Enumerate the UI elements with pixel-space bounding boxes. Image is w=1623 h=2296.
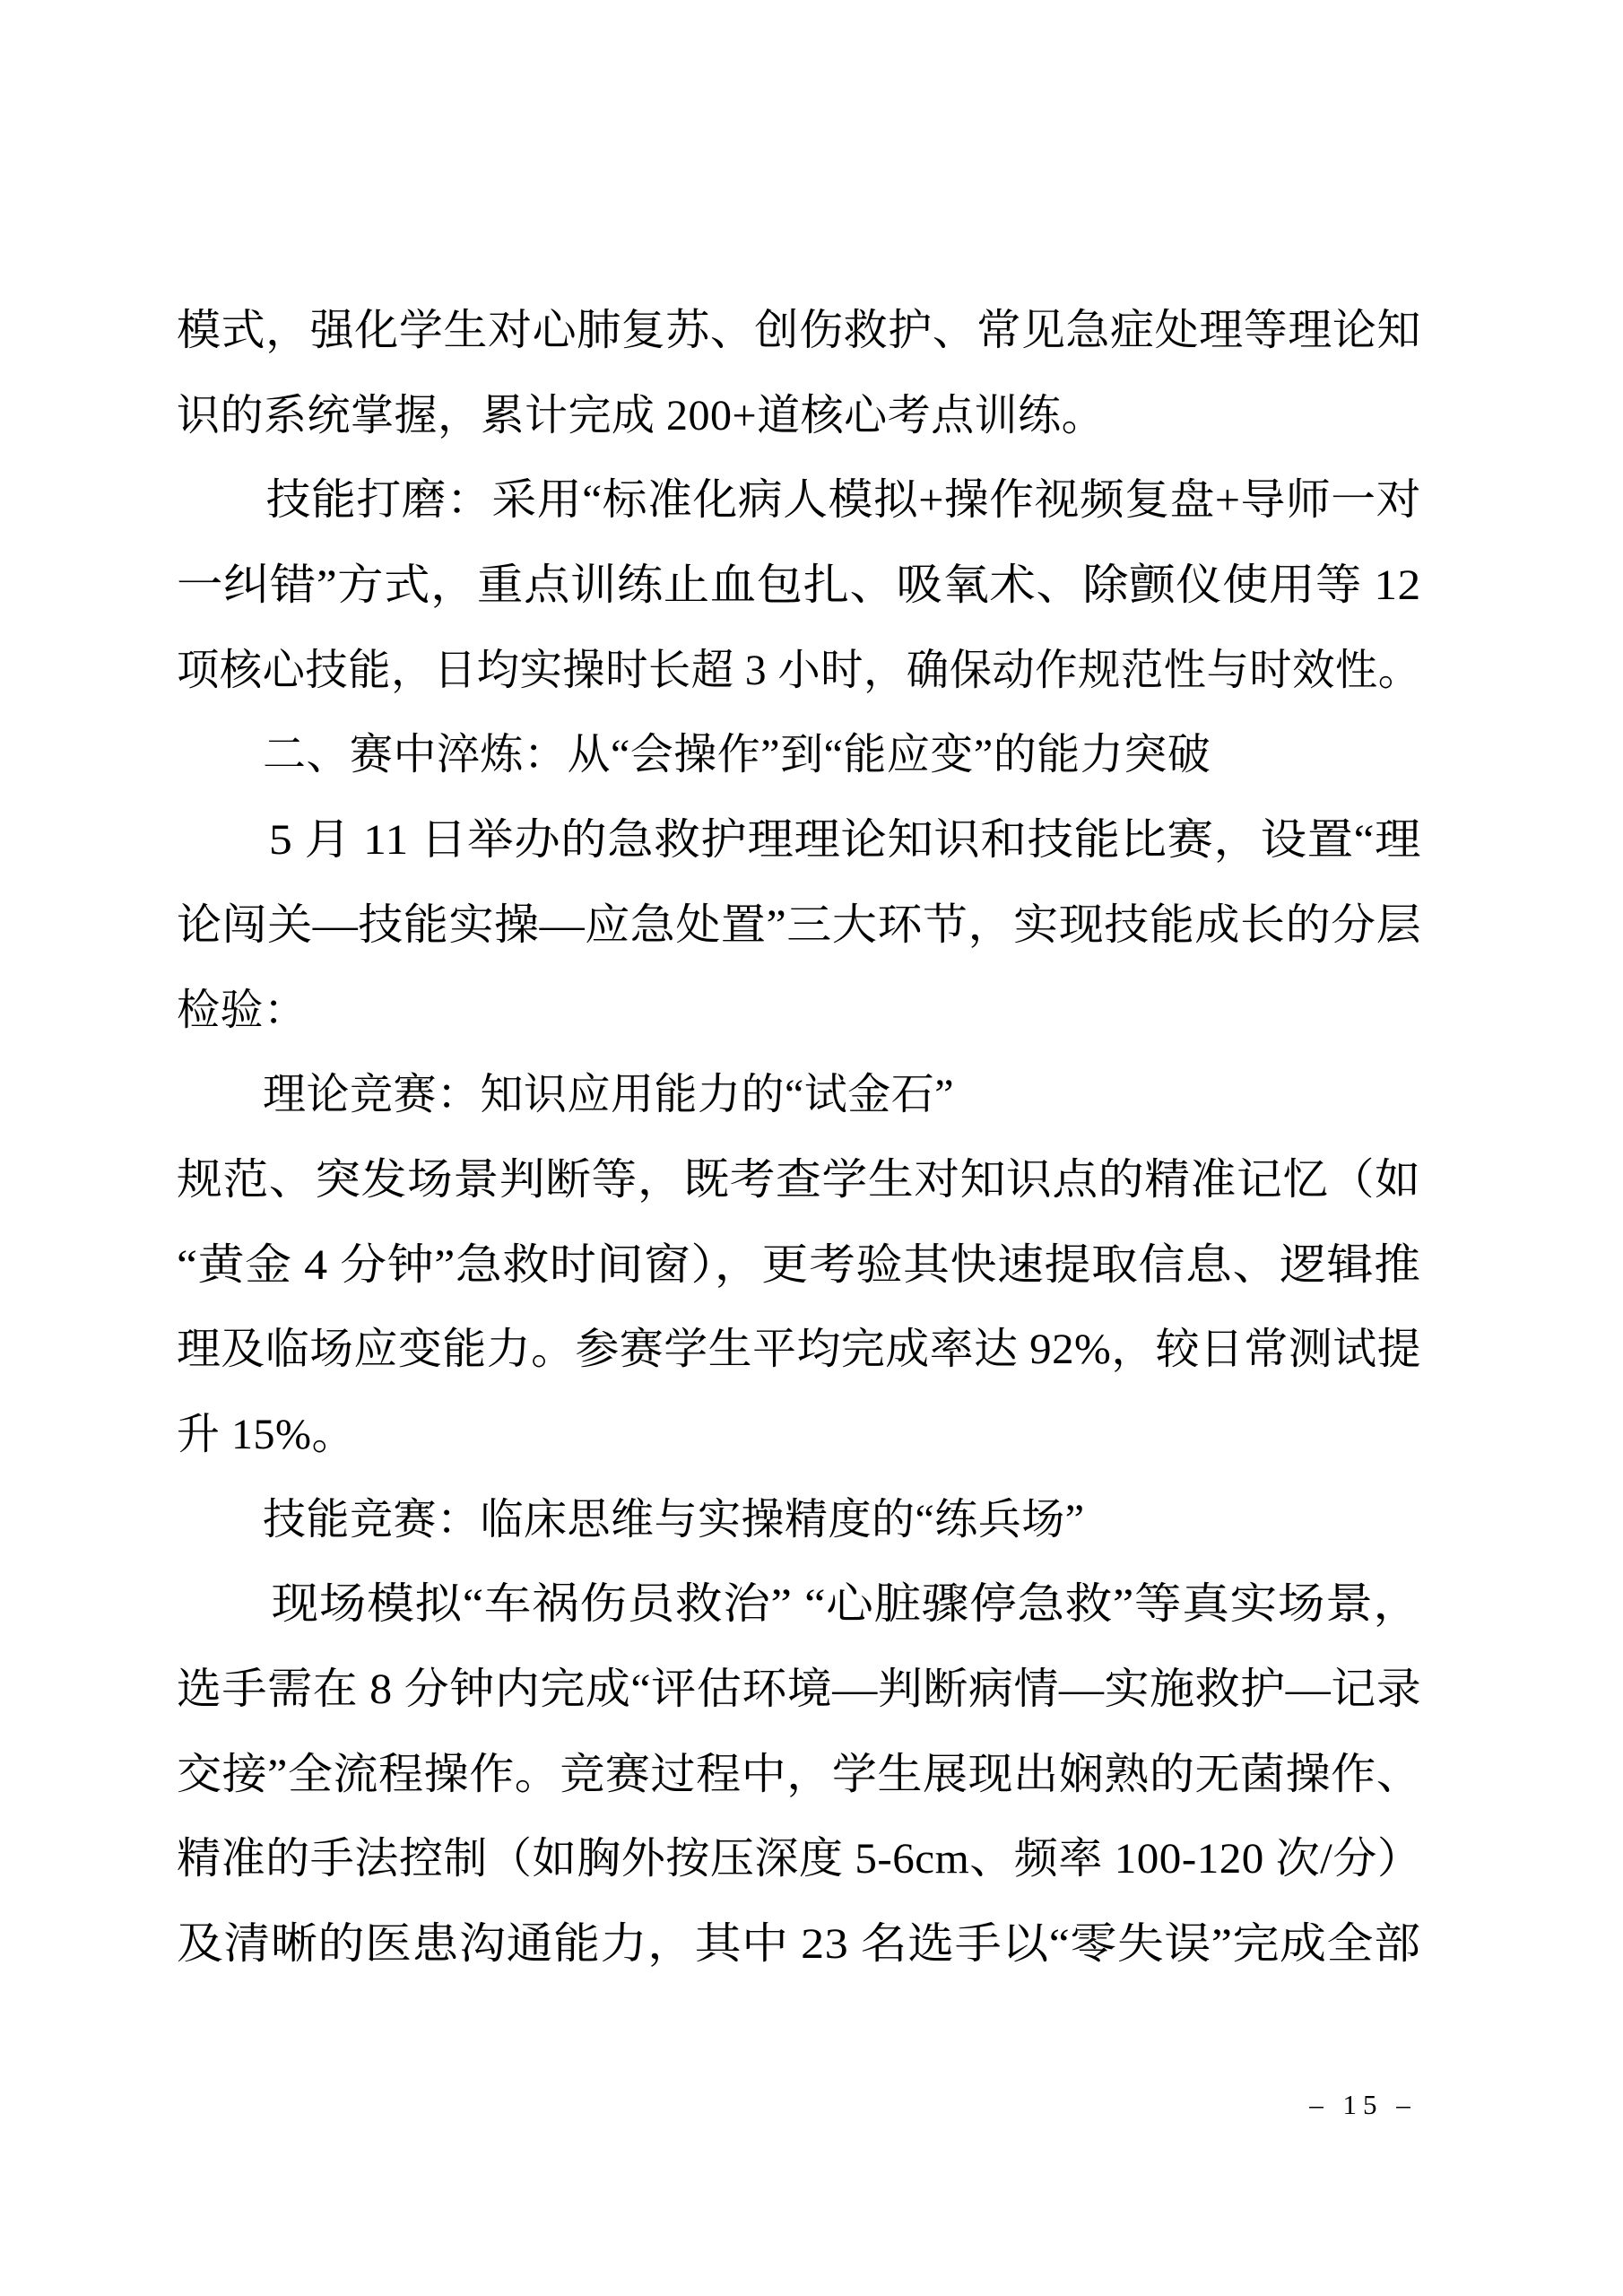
text-line: 项核心技能，日均实操时长超 3 小时，确保动作规范性与时效性。: [177, 629, 1421, 714]
text-line: 及清晰的医患沟通能力，其中 23 名选手以“零失误”完成全部: [177, 1902, 1421, 1987]
text-line: 模式，强化学生对心肺复苏、创伤救护、常见急症处理等理论知: [177, 289, 1421, 374]
text-line: 识的系统掌握，累计完成 200+道核心考点训练。: [177, 374, 1105, 459]
text-line: 技能竞赛：临床思维与实操精度的“练兵场”: [177, 1478, 1085, 1563]
text-line: 一纠错”方式，重点训练止血包扎、吸氧术、除颤仪使用等 12: [177, 544, 1421, 629]
page-number: – 15 –: [1282, 2087, 1444, 2123]
text-line: 选手需在 8 分钟内完成“评估环境—判断病情—实施救护—记录: [177, 1648, 1421, 1733]
text-line: 论闯关—技能实操—应急处置”三大环节，实现技能成长的分层: [177, 883, 1421, 969]
text-line: 理论竞赛：知识应用能力的“试金石”: [177, 1053, 954, 1138]
text-line: 交接”全流程操作。竞赛过程中，学生展现出娴熟的无菌操作、: [177, 1733, 1421, 1818]
text-line: 现场模拟“车祸伤员救治” “心脏骤停急救”等真实场景，: [177, 1562, 1421, 1648]
text-line: 技能打磨：采用“标准化病人模拟+操作视频复盘+导师一对: [177, 458, 1421, 544]
text-line: 理及临场应变能力。参赛学生平均完成率达 92%，较日常测试提: [177, 1308, 1421, 1393]
text-line: “黄金 4 分钟”急救时间窗），更考验其快速提取信息、逻辑推: [177, 1223, 1421, 1309]
text-line: 5 月 11 日举办的急救护理理论知识和技能比赛，设置“理: [177, 798, 1421, 883]
document-page: 模式，强化学生对心肺复苏、创伤救护、常见急症处理等理论知识的系统掌握，累计完成 …: [0, 0, 1623, 2296]
text-line: 精准的手法控制（如胸外按压深度 5-6cm、频率 100-120 次/分）: [177, 1817, 1421, 1902]
text-line: 二、赛中淬炼：从“会操作”到“能应变”的能力突破: [177, 713, 1211, 798]
text-line: 升 15%。: [177, 1393, 355, 1478]
document-body: 模式，强化学生对心肺复苏、创伤救护、常见急症处理等理论知识的系统掌握，累计完成 …: [177, 289, 1421, 1987]
text-line: 检验：: [177, 969, 308, 1054]
text-line: 规范、突发场景判断等，既考查学生对知识点的精准记忆（如: [177, 1138, 1420, 1223]
